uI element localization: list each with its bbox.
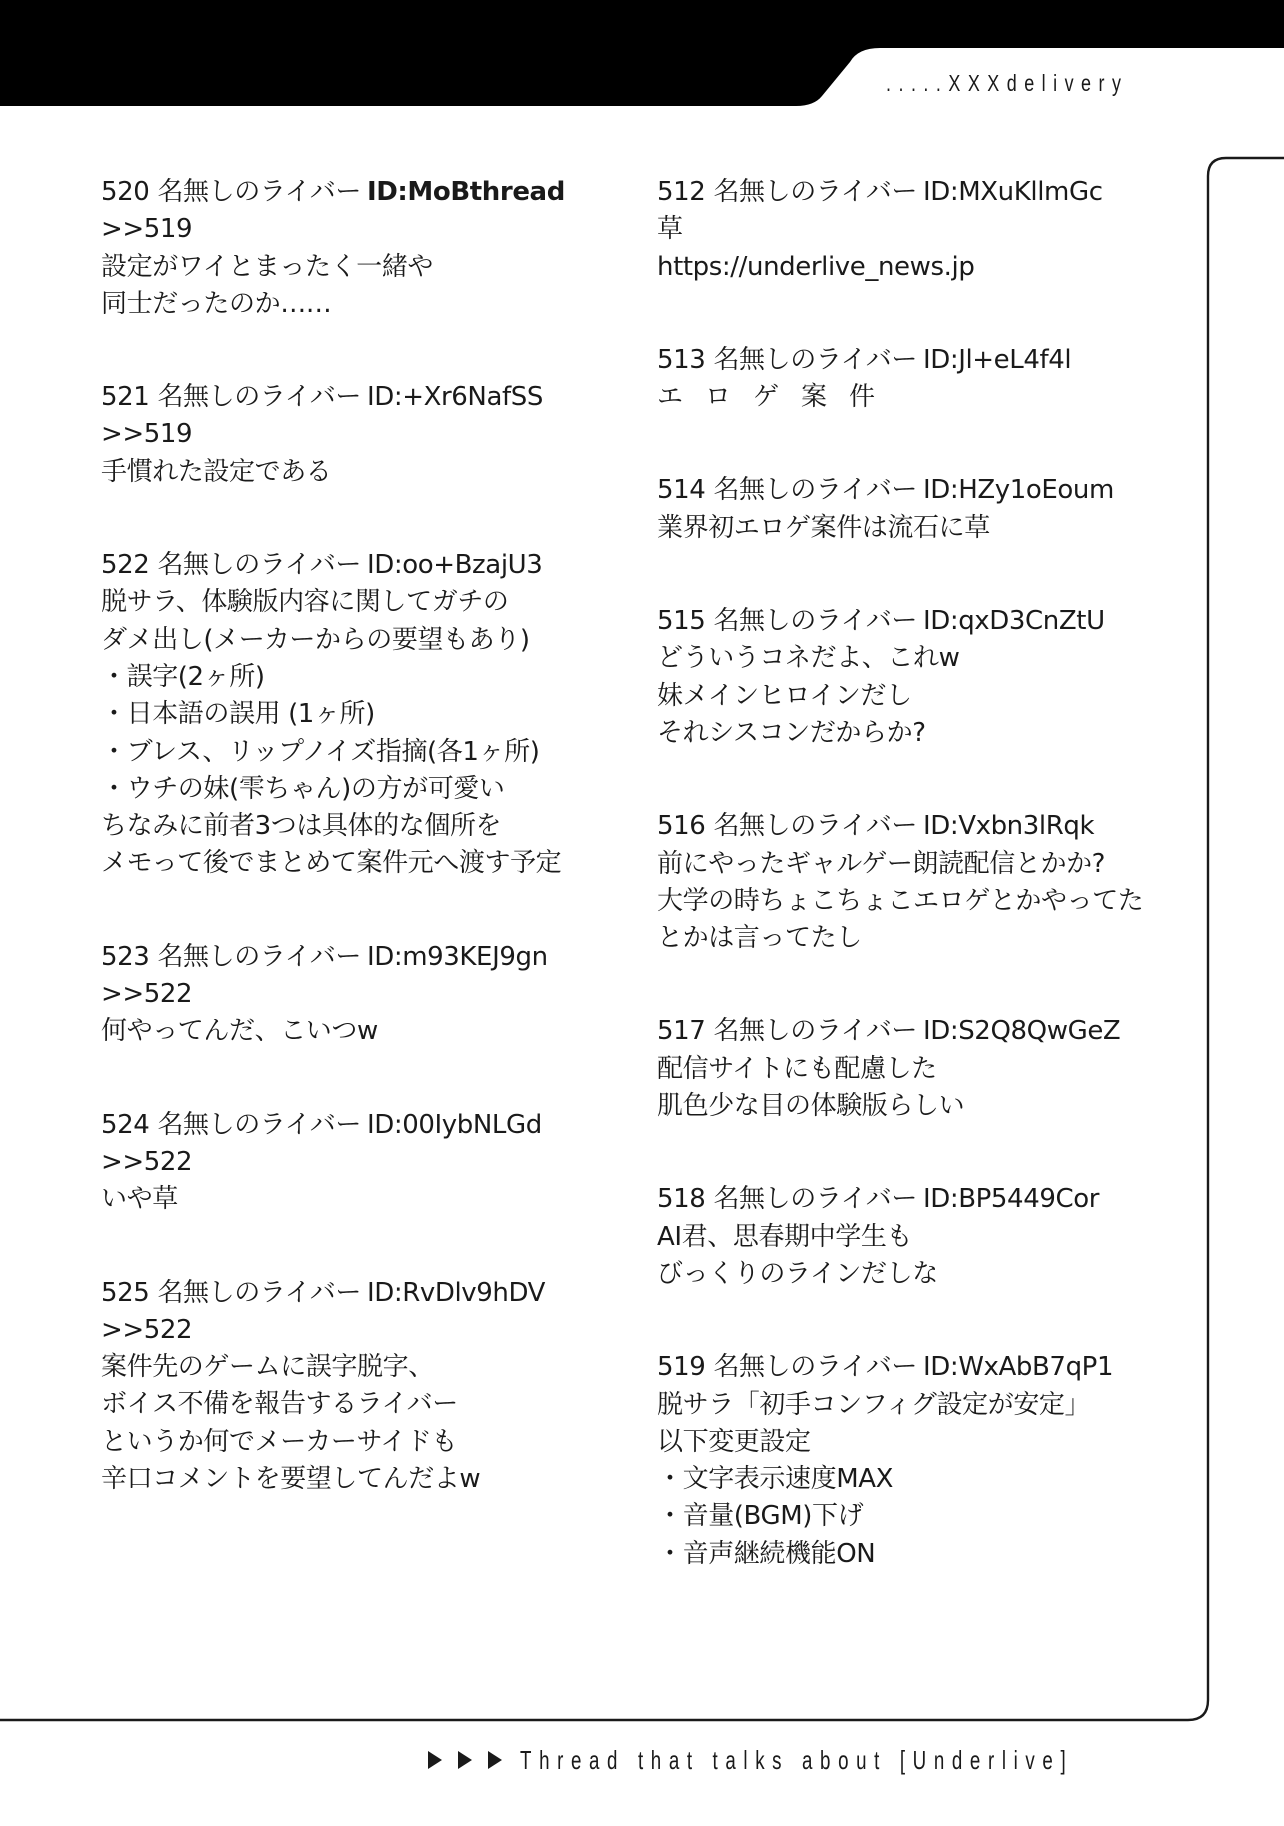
thread-post: 524名無しのライバーID:00IybNLGd>>522いや草 [101,1107,601,1219]
poster-name: 名無しのライバー [713,1184,917,1214]
footer-caption: Thread that talks about [Underlive] [520,1745,1073,1776]
poster-name: 名無しのライバー [157,1278,361,1308]
post-header: 516名無しのライバーID:Vxbn3lRqk [657,808,1177,845]
post-number: 524 [101,1110,149,1140]
poster-name: 名無しのライバー [713,177,917,207]
post-body-line: それシスコンだからか? [657,715,1177,752]
post-body-line: というか何でメーカーサイドも [101,1424,601,1461]
post-body-line: 妹メインヒロインだし [657,678,1177,715]
poster-id: ID:MoBthread [367,177,565,207]
thread-post: 515名無しのライバーID:qxD3CnZtUどういうコネだよ、これw妹メインヒ… [657,603,1177,752]
arrow-right-icon [488,1751,502,1769]
poster-id: ID:Vxbn3lRqk [923,811,1094,841]
poster-id: ID:00IybNLGd [367,1110,542,1140]
post-number: 521 [101,382,149,412]
post-body-line: ・ウチの妹(雫ちゃん)の方が可愛い [101,771,601,808]
poster-name: 名無しのライバー [157,177,361,207]
post-body-line: 配信サイトにも配慮した [657,1051,1177,1088]
thread-post: 516名無しのライバーID:Vxbn3lRqk前にやったギャルゲー朗読配信とかか… [657,808,1177,957]
reply-anchor-link[interactable]: >>522 [101,1312,601,1349]
thread-post: 514名無しのライバーID:HZy1oEoum業界初エロゲ案件は流石に草 [657,472,1177,547]
post-header: 524名無しのライバーID:00IybNLGd [101,1107,601,1144]
post-body-line: 脱サラ「初手コンフィグ設定が安定」 [657,1387,1177,1424]
post-header: 514名無しのライバーID:HZy1oEoum [657,472,1177,509]
post-body-line: 前にやったギャルゲー朗読配信とかか? [657,846,1177,883]
poster-id: ID:oo+BzajU3 [367,550,542,580]
poster-id: ID:S2Q8QwGeZ [923,1016,1120,1046]
footer: Thread that talks about [Underlive] [428,1742,1284,1778]
post-body-line: ・ブレス、リップノイズ指摘(各1ヶ所) [101,734,601,771]
thread-post: 518名無しのライバーID:BP5449CorAI君、思春期中学生もびっくりのラ… [657,1181,1177,1293]
reply-anchor-link[interactable]: >>519 [101,416,601,453]
post-header: 522名無しのライバーID:oo+BzajU3 [101,547,601,584]
post-number: 514 [657,475,705,505]
reply-anchor-link[interactable]: >>522 [101,1144,601,1181]
poster-id: ID:BP5449Cor [923,1184,1099,1214]
post-number: 516 [657,811,705,841]
post-body-line: 脱サラ、体験版内容に関してガチの [101,584,601,621]
post-header: 515名無しのライバーID:qxD3CnZtU [657,603,1177,640]
post-number: 518 [657,1184,705,1214]
poster-name: 名無しのライバー [157,382,361,412]
poster-id: ID:WxAbB7qP1 [923,1352,1113,1382]
post-body-line: AI君、思春期中学生も [657,1219,1177,1256]
post-body-line: どういうコネだよ、これw [657,640,1177,677]
post-header: 512名無しのライバーID:MXuKllmGc [657,174,1177,211]
thread-column-right: 512名無しのライバーID:MXuKllmGc草https://underliv… [657,174,1177,1629]
post-body-line: 辛口コメントを要望してんだよw [101,1461,601,1498]
arrow-right-icon [428,1751,442,1769]
post-body-line: ダメ出し(メーカーからの要望もあり) [101,622,601,659]
post-header: 525名無しのライバーID:RvDlv9hDV [101,1275,601,1312]
thread-post: 522名無しのライバーID:oo+BzajU3脱サラ、体験版内容に関してガチのダ… [101,547,601,883]
post-body-line: 業界初エロゲ案件は流石に草 [657,510,1177,547]
post-header: 520名無しのライバーID:MoBthread [101,174,601,211]
post-number: 523 [101,942,149,972]
post-number: 520 [101,177,149,207]
poster-id: ID:HZy1oEoum [923,475,1114,505]
poster-name: 名無しのライバー [713,606,917,636]
thread-post: 520名無しのライバーID:MoBthread>>519設定がワイとまったく一緒… [101,174,601,323]
thread-post: 517名無しのライバーID:S2Q8QwGeZ配信サイトにも配慮した肌色少な目の… [657,1013,1177,1125]
post-body-line: ちなみに前者3つは具体的な個所を [101,808,601,845]
poster-id: ID:MXuKllmGc [923,177,1103,207]
post-number: 517 [657,1016,705,1046]
arrow-right-icon [458,1751,472,1769]
post-body-line: メモって後でまとめて案件元へ渡す予定 [101,845,601,882]
post-body-line: びっくりのラインだしな [657,1256,1177,1293]
post-number: 513 [657,345,705,375]
post-body-line: ・誤字(2ヶ所) [101,659,601,696]
poster-name: 名無しのライバー [157,1110,361,1140]
post-header: 518名無しのライバーID:BP5449Cor [657,1181,1177,1218]
reply-anchor-link[interactable]: >>519 [101,211,601,248]
post-body-line: エロゲ案件 [657,379,1177,416]
post-body-line: 手慣れた設定である [101,454,601,491]
thread-post: 513名無しのライバーID:Jl+eL4f4lエロゲ案件 [657,342,1177,417]
post-body-line: 以下変更設定 [657,1424,1177,1461]
url-link[interactable]: https://underlive_news.jp [657,249,1177,286]
post-number: 525 [101,1278,149,1308]
thread-post: 512名無しのライバーID:MXuKllmGc草https://underliv… [657,174,1177,286]
poster-name: 名無しのライバー [713,345,917,375]
post-body-line: ・音声継続機能ON [657,1536,1177,1573]
thread-post: 521名無しのライバーID:+Xr6NafSS>>519手慣れた設定である [101,379,601,491]
post-body-line: 大学の時ちょこちょこエロゲとかやってた [657,883,1177,920]
post-body-line: 草 [657,211,1177,248]
post-header: 513名無しのライバーID:Jl+eL4f4l [657,342,1177,379]
thread-post: 523名無しのライバーID:m93KEJ9gn>>522何やってんだ、こいつw [101,939,601,1051]
post-number: 512 [657,177,705,207]
header-title: .....XXXdelivery [886,68,1143,98]
post-body-line: 設定がワイとまったく一緒や [101,249,601,286]
post-header: 517名無しのライバーID:S2Q8QwGeZ [657,1013,1177,1050]
post-body-line: ボイス不備を報告するライバー [101,1386,601,1423]
poster-id: ID:Jl+eL4f4l [923,345,1071,375]
post-header: 523名無しのライバーID:m93KEJ9gn [101,939,601,976]
post-body-line: ・日本語の誤用 (1ヶ所) [101,696,601,733]
post-number: 522 [101,550,149,580]
post-body-line: いや草 [101,1181,601,1218]
thread-column-left: 520名無しのライバーID:MoBthread>>519設定がワイとまったく一緒… [101,174,601,1554]
poster-name: 名無しのライバー [157,942,361,972]
post-body-line: 同士だったのか…… [101,286,601,323]
post-body-line: 案件先のゲームに誤字脱字、 [101,1349,601,1386]
poster-name: 名無しのライバー [713,475,917,505]
post-number: 515 [657,606,705,636]
post-header: 519名無しのライバーID:WxAbB7qP1 [657,1349,1177,1386]
poster-name: 名無しのライバー [713,1352,917,1382]
poster-name: 名無しのライバー [713,811,917,841]
poster-id: ID:+Xr6NafSS [367,382,543,412]
poster-id: ID:m93KEJ9gn [367,942,548,972]
post-body-line: とかは言ってたし [657,920,1177,957]
poster-name: 名無しのライバー [157,550,361,580]
reply-anchor-link[interactable]: >>522 [101,976,601,1013]
post-number: 519 [657,1352,705,1382]
post-body-line: 肌色少な目の体験版らしい [657,1088,1177,1125]
poster-id: ID:RvDlv9hDV [367,1278,545,1308]
poster-id: ID:qxD3CnZtU [923,606,1105,636]
post-header: 521名無しのライバーID:+Xr6NafSS [101,379,601,416]
poster-name: 名無しのライバー [713,1016,917,1046]
post-body-line: ・文字表示速度MAX [657,1461,1177,1498]
thread-post: 519名無しのライバーID:WxAbB7qP1脱サラ「初手コンフィグ設定が安定」… [657,1349,1177,1573]
thread-post: 525名無しのライバーID:RvDlv9hDV>>522案件先のゲームに誤字脱字… [101,1275,601,1499]
post-body-line: ・音量(BGM)下げ [657,1498,1177,1535]
post-body-line: 何やってんだ、こいつw [101,1013,601,1050]
